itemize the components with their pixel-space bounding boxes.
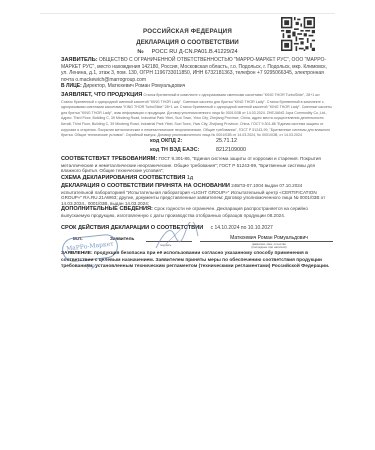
requirements-section: СООТВЕТСТВУЕТ ТРЕБОВАНИЯМ: ГОСТ 9.301-86…: [61, 156, 333, 174]
declares-label: ЗАЯВЛЯЕТ, ЧТО ПРОДУКЦИЯ: [61, 92, 142, 98]
name-caption: фамилия, имя, отчество (последнее при на…: [205, 243, 333, 250]
declares-text: Станок бритвенный в комплекте с одноразо…: [61, 93, 332, 137]
declaration-number: №РОСС RU Д-CN.PA01.B.41229/24: [0, 49, 375, 55]
scheme-label: СХЕМА ДЕКЛАРИРОВАНИЯ СООТВЕТСТВИЯ: [61, 175, 185, 181]
okpd-label: код ОКПД 2:: [150, 138, 216, 144]
scheme-section: СХЕМА ДЕКЛАРИРОВАНИЯ СООТВЕТСТВИЯ 1д: [61, 175, 333, 182]
tnved-code-row: код ТН ВЭД ЕАЭС:8212109000: [150, 147, 246, 153]
basis-label: ДЕКЛАРАЦИЯ О СООТВЕТСТВИИ ПРИНЯТА НА ОСН…: [61, 183, 230, 189]
number-label: №: [137, 49, 143, 55]
okpd-code-row: код ОКПД 2:25.71.12: [150, 138, 237, 144]
tnved-label: код ТН ВЭД ЕАЭС:: [150, 147, 216, 153]
basis-section: ДЕКЛАРАЦИЯ О СООТВЕТСТВИИ ПРИНЯТА НА ОСН…: [61, 183, 333, 206]
requirements-label: СООТВЕТСТВУЕТ ТРЕБОВАНИЯМ:: [61, 156, 157, 162]
okpd-value: 25.71.12: [216, 138, 237, 144]
qr-code-icon: [281, 17, 315, 51]
person-text: Директор, Матюхевич Роман Ромуальдович: [83, 83, 185, 89]
person-label: В ЛИЦЕ:: [61, 83, 82, 89]
additional-section: ДОПОЛНИТЕЛЬНЫЕ СВЕДЕНИЯ: Срок годности н…: [61, 206, 333, 218]
signature-scribble-icon: [152, 222, 202, 252]
statement-label: ЗАЯВЛЕНИЕ:: [61, 251, 93, 256]
scheme-value: 1д: [187, 175, 193, 181]
product-section: ЗАЯВЛЯЕТ, ЧТО ПРОДУКЦИЯ Станок бритвенны…: [61, 92, 333, 138]
page-top-border: [40, 13, 335, 14]
additional-label: ДОПОЛНИТЕЛЬНЫЕ СВЕДЕНИЯ:: [61, 206, 153, 212]
statement-text: продукция безопасна при её использовании…: [61, 251, 329, 269]
document-title: ДЕКЛАРАЦИЯ О СООТВЕТСТВИИ: [0, 39, 375, 46]
country-heading: РОССИЙСКАЯ ФЕДЕРАЦИЯ: [0, 28, 375, 35]
number-value: РОСС RU Д-CN.PA01.B.41229/24: [152, 49, 238, 55]
tnved-value: 8212109000: [216, 147, 246, 153]
applicant-text: ОБЩЕСТВО С ОГРАНИЧЕННОЙ ОТВЕТСТВЕННОСТЬЮ…: [61, 57, 327, 83]
applicant-label: ЗАЯВИТЕЛЬ:: [61, 57, 98, 63]
applicant-section: ЗАЯВИТЕЛЬ: ОБЩЕСТВО С ОГРАНИЧЕННОЙ ОТВЕТ…: [61, 57, 333, 90]
statement-section: ЗАЯВЛЕНИЕ: продукция безопасна при её ис…: [61, 250, 333, 270]
validity-value: с 14.10.2024 по 10.10.2027: [211, 225, 273, 231]
